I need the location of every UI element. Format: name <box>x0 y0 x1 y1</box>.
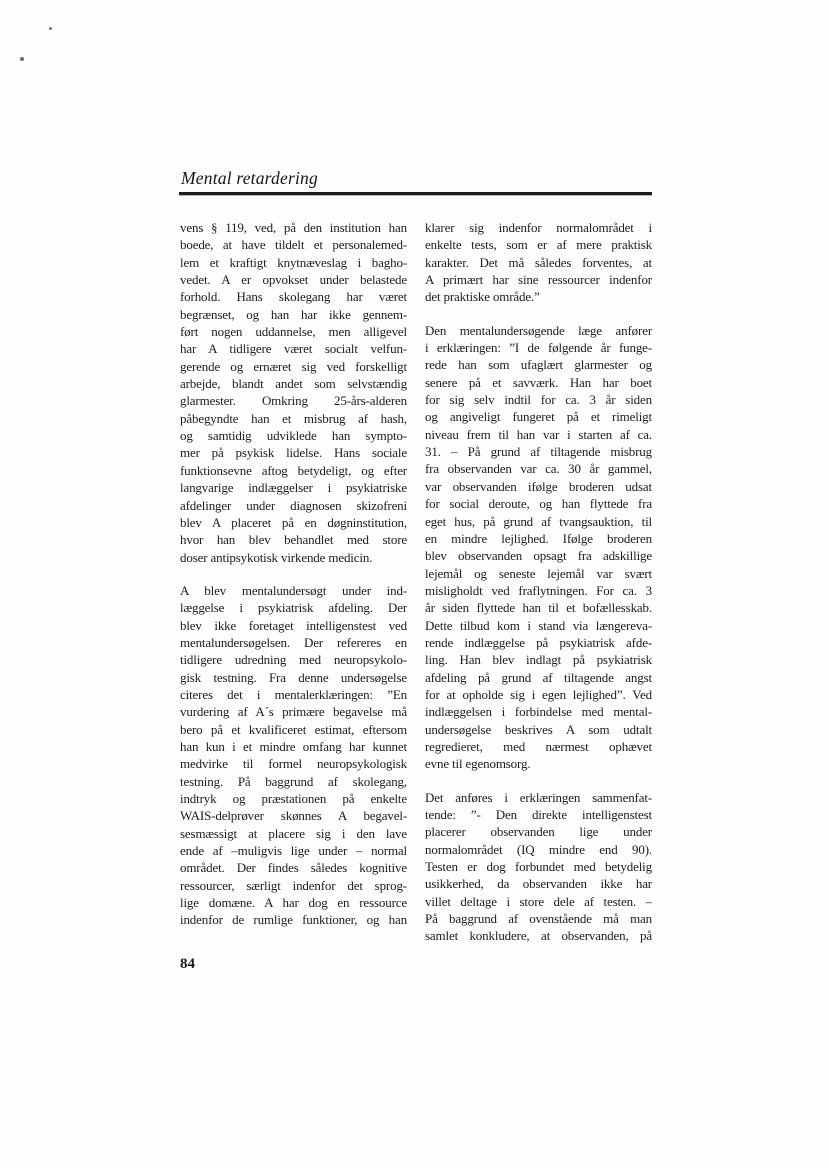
text-line: ling. Han blev indlagt på psykiatrisk <box>425 651 652 668</box>
text-line: eget hus, på grund af tvangsauktion, til <box>425 513 652 530</box>
text-line: området. Der findes således kognitive <box>180 859 407 876</box>
text-line: evne til egenomsorg. <box>425 755 652 772</box>
text-line: for sig selv indtil for ca. 3 år siden <box>425 391 652 408</box>
column-left: vens § 119, ved, på den institution hanb… <box>180 219 407 945</box>
text-line: normalområdet (IQ mindre end 90). <box>425 841 652 858</box>
text-line: karakter. Det må således forventes, at <box>425 254 652 271</box>
text-line: blev A placeret på en døgninstitution, <box>180 514 407 531</box>
text-line: citeres det i mentalerklæringen: ”En <box>180 686 407 703</box>
paragraph: Den mentalundersøgende læge anføreri erk… <box>425 322 652 773</box>
paragraph: Det anføres i erklæringen sammenfat-tend… <box>425 789 652 945</box>
text-line: WAIS-delprøver skønnes A begavel- <box>180 807 407 824</box>
text-line: doser antipsykotisk virkende medicin. <box>180 549 407 566</box>
text-line: niveau frem til han var i starten af ca. <box>425 426 652 443</box>
text-line: mentalundersøgelsen. Der refereres en <box>180 634 407 651</box>
text-line: tidligere udredning med neuropsykolo- <box>180 651 407 668</box>
text-line: læggelse i psykiatrisk afdeling. Der <box>180 599 407 616</box>
text-line: 31. – På grund af tiltagende misbrug <box>425 443 652 460</box>
text-line: og angiveligt fungeret på et rimeligt <box>425 408 652 425</box>
text-line: senere på et savværk. Han har boet <box>425 374 652 391</box>
text-line: glarmester. Omkring 25-års-alderen <box>180 392 407 409</box>
text-line: vurdering af A´s primære begavelse må <box>180 703 407 720</box>
text-line: ende af –muligvis lige under – normal <box>180 842 407 859</box>
text-line: han kun i et mindre omfang har kunnet <box>180 738 407 755</box>
text-line: arbejde, blandt andet som selvstændig <box>180 375 407 392</box>
text-line: lem et kraftigt knytnæveslag i bagho- <box>180 254 407 271</box>
text-line: blev observanden opsagt fra adskillige <box>425 547 652 564</box>
text-line: enkelte tests, som er af mere praktisk <box>425 236 652 253</box>
text-line: vens § 119, ved, på den institution han <box>180 219 407 236</box>
text-line: langvarige indlæggelser i psykiatriske <box>180 479 407 496</box>
text-line: bero på et kvalificeret estimat, efterso… <box>180 721 407 738</box>
text-line: blev ikke foretaget intelligenstest ved <box>180 617 407 634</box>
text-line: år siden flyttede han til et bofællesska… <box>425 599 652 616</box>
text-line: På baggrund af ovenstående må man <box>425 910 652 927</box>
text-line: ført nogen uddannelse, men alligevel <box>180 323 407 340</box>
text-line: placerer observanden lige under <box>425 823 652 840</box>
text-line: samlet konkludere, at observanden, på <box>425 927 652 944</box>
text-line: Den mentalundersøgende læge anfører <box>425 322 652 339</box>
text-line: indenfor de rumlige funktioner, og han <box>180 911 407 928</box>
text-line: vedet. A er opvokset under belastede <box>180 271 407 288</box>
text-line: indtryk og præstationen på enkelte <box>180 790 407 807</box>
text-line: tende: ”- Den direkte intelligenstest <box>425 806 652 823</box>
text-line: indlæggelsen i forbindelse med mental- <box>425 703 652 720</box>
text-line: Det anføres i erklæringen sammenfat- <box>425 789 652 806</box>
text-line: lige domæne. A har dog en ressource <box>180 894 407 911</box>
text-line: klarer sig indenfor normalområdet i <box>425 219 652 236</box>
text-line: en mindre lejlighed. Ifølge broderen <box>425 530 652 547</box>
text-line: og samtidig udviklede han sympto- <box>180 427 407 444</box>
page-number: 84 <box>180 956 195 973</box>
scan-speck <box>49 27 52 30</box>
text-line: forhold. Hans skolegang har været <box>180 288 407 305</box>
text-line: Dette tilbud kom i stand via længereva- <box>425 617 652 634</box>
text-line: boede, at have tildelt et personalemed- <box>180 236 407 253</box>
text-line: har A tidligere været socialt velfun- <box>180 340 407 357</box>
text-line: i erklæringen: ”I de følgende år funge- <box>425 339 652 356</box>
text-line: det praktiske område.” <box>425 288 652 305</box>
header-rule <box>179 192 652 195</box>
text-line: for at opholde sig i egen lejlighed”. Ve… <box>425 686 652 703</box>
text-line: undersøgelse beskrives A som udtalt <box>425 721 652 738</box>
text-line: afdeling på grund af tiltagende angst <box>425 669 652 686</box>
text-line: hvor han blev behandlet med store <box>180 531 407 548</box>
text-line: Testen er dog forbundet med betydelig <box>425 858 652 875</box>
paragraph: klarer sig indenfor normalområdet ienkel… <box>425 219 652 306</box>
text-line: sesmæssigt at placere sig i den lave <box>180 825 407 842</box>
text-line: rede han som ufaglært glarmester og <box>425 356 652 373</box>
scan-speck <box>20 57 24 61</box>
text-line: regredieret, med nærmest ophævet <box>425 738 652 755</box>
text-line: for social deroute, og han flyttede fra <box>425 495 652 512</box>
text-line: usikkerhed, da observanden ikke har <box>425 875 652 892</box>
text-line: A primært har sine ressourcer indenfor <box>425 271 652 288</box>
text-line: afdelinger under diagnosen skizofreni <box>180 497 407 514</box>
text-line: mer på psykisk lidelse. Hans sociale <box>180 444 407 461</box>
text-line: funktionsevne aftog betydeligt, og efter <box>180 462 407 479</box>
text-line: påbegyndte han et misbrug af hash, <box>180 410 407 427</box>
running-header-title: Mental retardering <box>181 168 318 189</box>
book-page: Mental retardering vens § 119, ved, på d… <box>0 0 828 1169</box>
text-line: begrænset, og han har ikke gennem- <box>180 306 407 323</box>
text-line: A blev mentalundersøgt under ind- <box>180 582 407 599</box>
text-line: fra observanden var ca. 30 år gammel, <box>425 460 652 477</box>
text-line: lejemål og seneste lejemål var svært <box>425 565 652 582</box>
text-line: gerende og ernæret sig ved forskelligt <box>180 358 407 375</box>
text-line: villet deltage i store dele af testen. – <box>425 893 652 910</box>
text-line: medvirke til formel neuropsykologisk <box>180 755 407 772</box>
paragraph: A blev mentalundersøgt under ind-læggels… <box>180 582 407 929</box>
text-line: gisk testning. Fra denne undersøgelse <box>180 669 407 686</box>
text-columns: vens § 119, ved, på den institution hanb… <box>180 219 652 945</box>
column-right: klarer sig indenfor normalområdet ienkel… <box>425 219 652 945</box>
text-line: rende indlæggelse på psykiatrisk afde- <box>425 634 652 651</box>
text-line: testning. På baggrund af skolegang, <box>180 773 407 790</box>
text-line: var observanden ifølge broderen udsat <box>425 478 652 495</box>
text-line: ressourcer, særligt indenfor det sprog- <box>180 877 407 894</box>
paragraph: vens § 119, ved, på den institution hanb… <box>180 219 407 566</box>
text-line: misligholdt ved fraflytningen. For ca. 3 <box>425 582 652 599</box>
